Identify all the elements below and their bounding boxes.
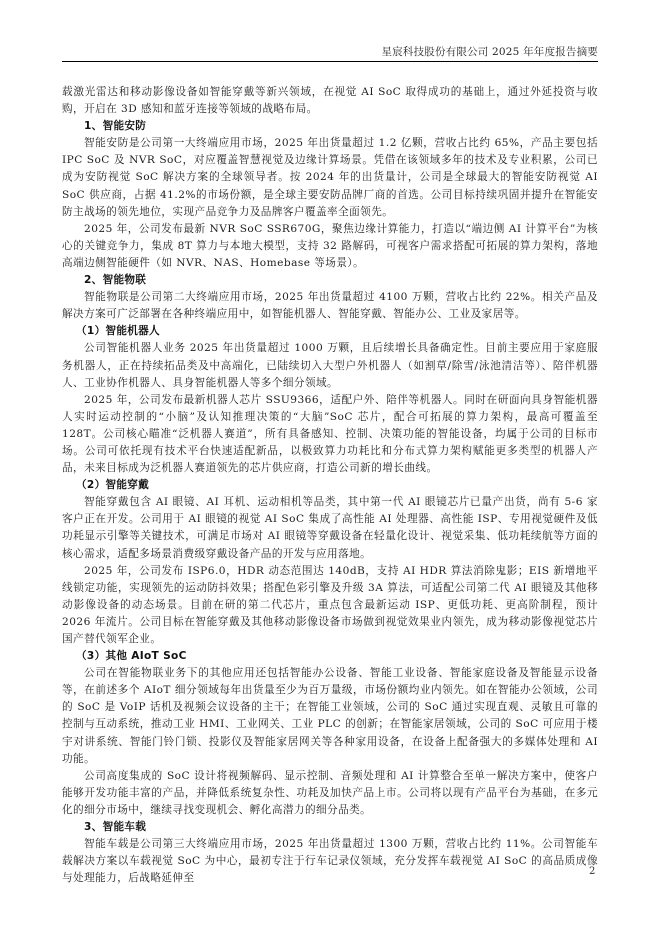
paragraph-smart-security-overview: 智能安防是公司第一大终端应用市场，2025 年出货量超过 1.2 亿颗，营收占比… <box>62 135 598 220</box>
subsection-heading-wearables: （2）智能穿戴 <box>62 477 598 494</box>
subsection-heading-other-aiot: （3）其他 AIoT SoC <box>62 648 598 665</box>
section-heading-smart-iot: 2、智能物联 <box>62 272 598 289</box>
paragraph-robots-overview: 公司智能机器人业务 2025 年出货量超过 1000 万颗，且后续增长具备确定性… <box>62 340 598 391</box>
paragraph-intro-continued: 载激光雷达和移动影像设备如智能穿戴等新兴领域，在视觉 AI SoC 取得成功的基… <box>62 84 598 118</box>
paragraph-other-aiot-overview: 公司在智能物联业务下的其他应用还包括智能办公设备、智能工业设备、智能家庭设备及智… <box>62 665 598 768</box>
subsection-heading-robots: （1）智能机器人 <box>62 323 598 340</box>
page-header: 星宸科技股份有限公司 2025 年年度报告摘要 <box>62 44 598 62</box>
page-number: 2 <box>589 866 595 877</box>
section-heading-smart-automotive: 3、智能车载 <box>62 819 598 836</box>
section-heading-smart-security: 1、智能安防 <box>62 118 598 135</box>
report-body: 载激光雷达和移动影像设备如智能穿戴等新兴领域，在视觉 AI SoC 取得成功的基… <box>62 84 598 887</box>
paragraph-smart-security-nvr: 2025 年，公司发布最新 NVR SoC SSR670G，聚焦边缘计算能力，打… <box>62 221 598 272</box>
paragraph-wearables-overview: 智能穿戴包含 AI 眼镜、AI 耳机、运动相机等品类，其中第一代 AI 眼镜芯片… <box>62 494 598 562</box>
header-title: 星宸科技股份有限公司 2025 年年度报告摘要 <box>382 46 599 58</box>
paragraph-other-aiot-integration: 公司高度集成的 SoC 设计将视频解码、显示控制、音频处理和 AI 计算整合至单… <box>62 768 598 819</box>
paragraph-smart-iot-overview: 智能物联是公司第二大终端应用市场，2025 年出货量超过 4100 万颗，营收占… <box>62 289 598 323</box>
paragraph-smart-automotive-overview: 智能车载是公司第三大终端应用市场，2025 年出货量超过 1300 万颗，营收占… <box>62 836 598 887</box>
paragraph-robots-chips: 2025 年，公司发布最新机器人芯片 SSU9366，适配户外、陪伴等机器人。同… <box>62 392 598 477</box>
paragraph-wearables-isp: 2025 年，公司发布 ISP6.0，HDR 动态范围达 140dB，支持 AI… <box>62 563 598 648</box>
